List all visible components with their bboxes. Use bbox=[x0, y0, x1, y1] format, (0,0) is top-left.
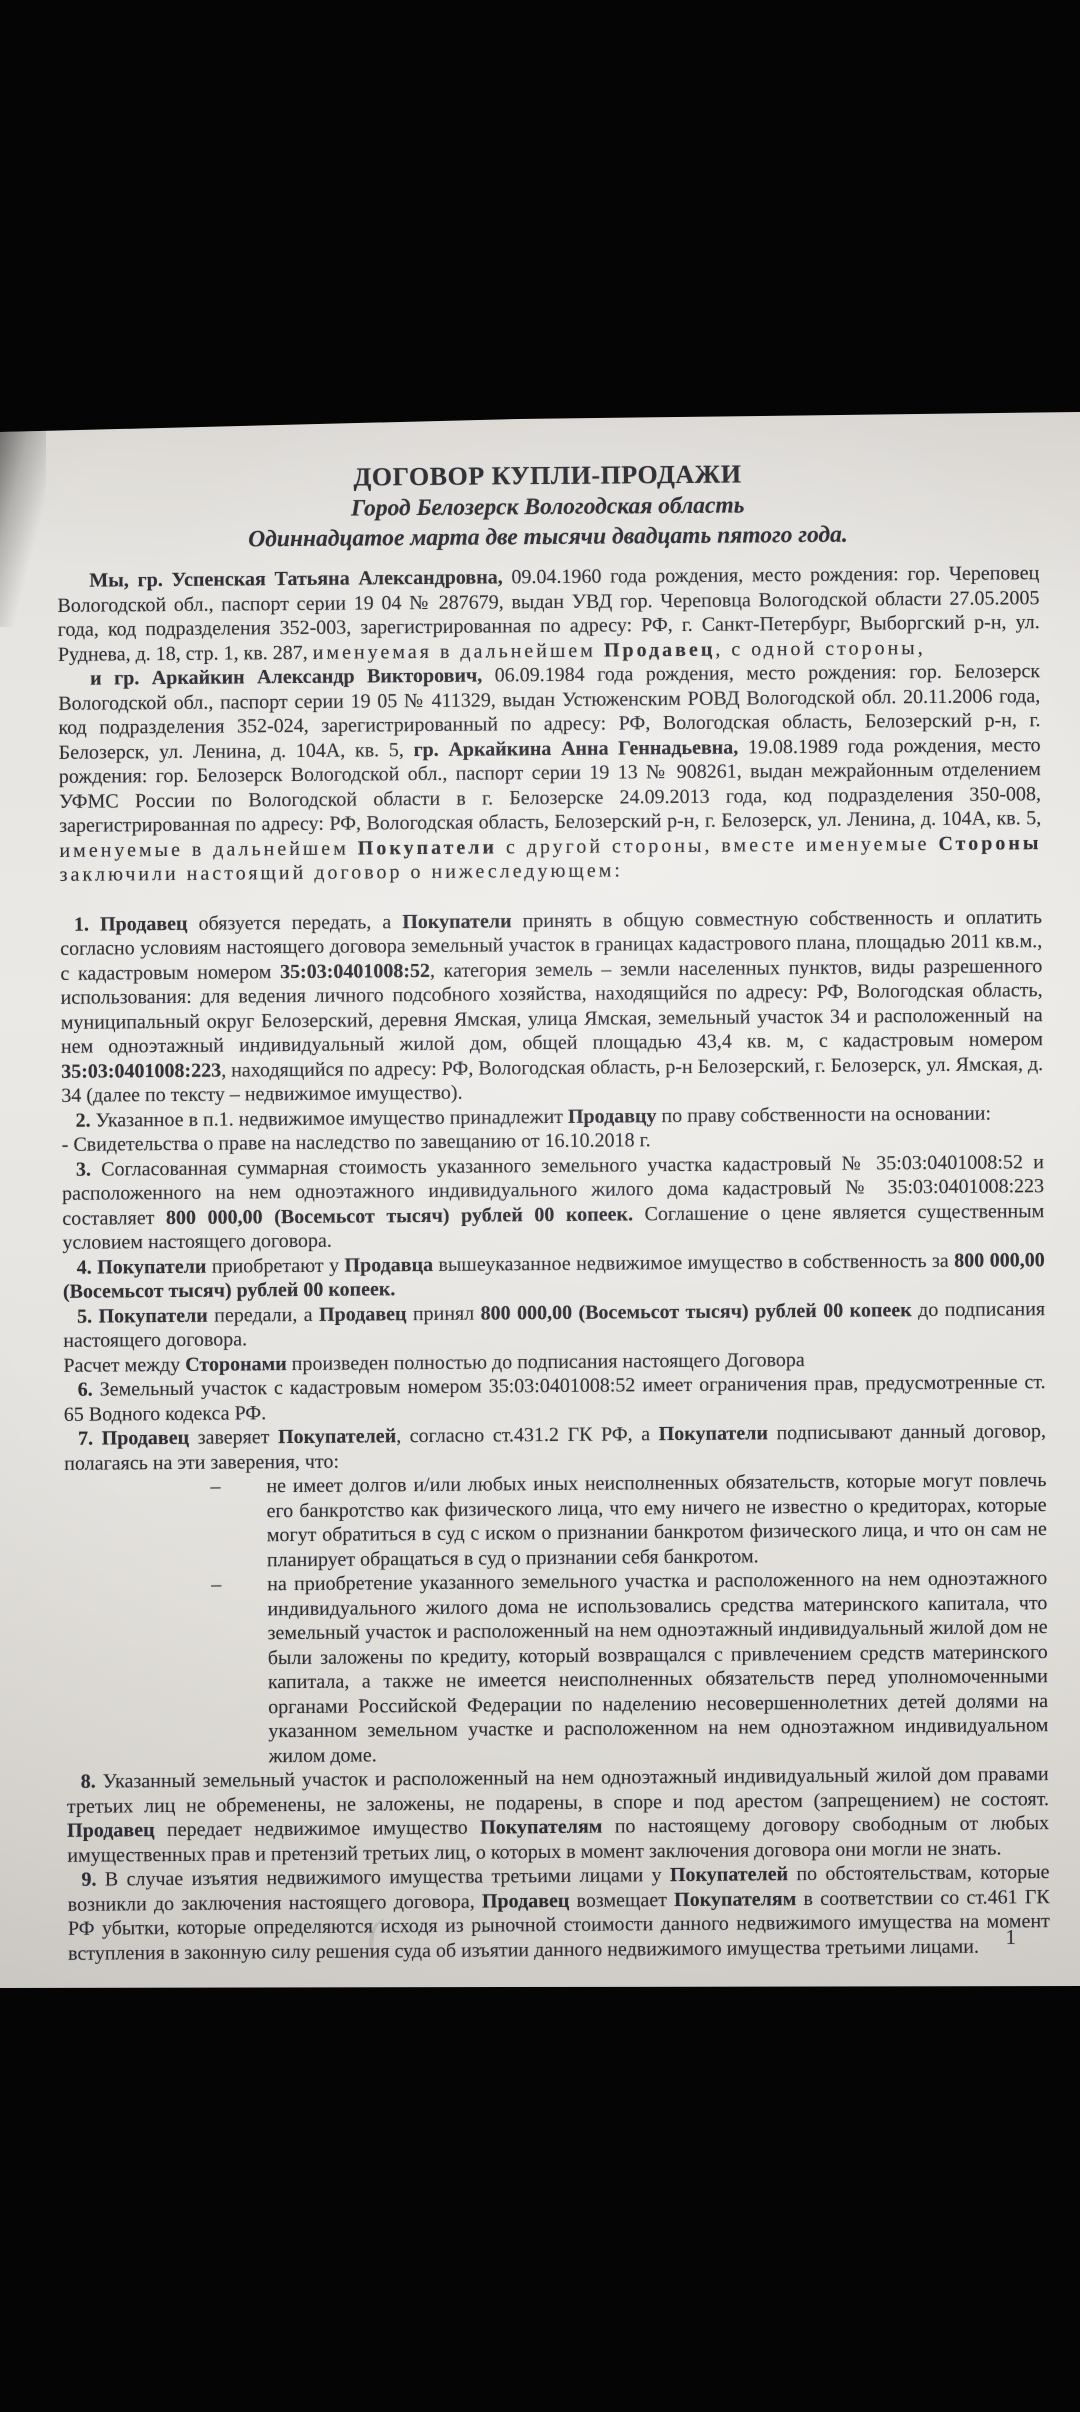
document-content: ДОГОВОР КУПЛИ-ПРОДАЖИ Город Белозерск Во… bbox=[56, 408, 1050, 1966]
text-run: - Свидетельства о праве на наследство по… bbox=[62, 1129, 651, 1156]
text-run: и гр. Аркайкин Александр Викторович, bbox=[90, 665, 482, 690]
bullet-text: на приобретение указанного земельного уч… bbox=[267, 1566, 1049, 1768]
text-run: 8. bbox=[81, 1771, 96, 1793]
paragraph-10: 6. Земельный участок с кадастровым номер… bbox=[64, 1370, 1046, 1427]
text-run: принял bbox=[406, 1302, 480, 1325]
text-run: Указанное в п.1. недвижимое имущество пр… bbox=[90, 1105, 568, 1131]
text-run: 800 000,00 (Восемьсот тысяч) рублей 00 к… bbox=[166, 1203, 633, 1229]
paragraph-2: и гр. Аркайкин Александр Викторович, 06.… bbox=[58, 659, 1042, 887]
text-run: , с одной стороны, bbox=[715, 637, 926, 661]
paragraph-12: –не имеет долгов и/или любых иных неиспо… bbox=[64, 1468, 1047, 1574]
text-run: 9. bbox=[81, 1869, 96, 1891]
text-run: 3. bbox=[76, 1158, 91, 1180]
text-run: Покупателям bbox=[674, 1888, 796, 1911]
text-run: 35:03:0401008:223 bbox=[61, 1059, 221, 1082]
text-run: 5. Покупатели bbox=[77, 1304, 208, 1327]
text-run: Мы, гр. Успенская Татьяна Александровна, bbox=[89, 566, 503, 591]
paragraph-13: –на приобретение указанного земельного у… bbox=[65, 1566, 1049, 1770]
paragraph-3: 1. Продавец обязуется передать, а Покупа… bbox=[60, 905, 1044, 1109]
text-run: 2. bbox=[75, 1109, 90, 1131]
text-run: В случае изъятия недвижимого имущества т… bbox=[96, 1864, 670, 1891]
text-run: Сторонами bbox=[185, 1353, 287, 1376]
text-run: вышеуказанное недвижимое имущество в соб… bbox=[433, 1249, 954, 1275]
page-number: 1 bbox=[1006, 1925, 1017, 1950]
text-run: Стороны bbox=[938, 832, 1041, 855]
text-run: Указанный земельный участок и расположен… bbox=[67, 1763, 1054, 1817]
text-run: произведен полностью до подписания насто… bbox=[287, 1349, 805, 1375]
paragraph-11: 7. Продавец заверяет Покупателей, соглас… bbox=[64, 1419, 1046, 1476]
document-page: ДОГОВОР КУПЛИ-ПРОДАЖИ Город Белозерск Во… bbox=[0, 412, 1080, 1988]
text-run: 7. Продавец bbox=[78, 1427, 189, 1450]
text-run: на приобретение указанного земельного уч… bbox=[267, 1567, 1053, 1767]
text-run: Покупателей bbox=[278, 1425, 396, 1448]
text-run: Продавец bbox=[604, 638, 716, 661]
bullet-text: не имеет долгов и/или любых иных неиспол… bbox=[266, 1468, 1047, 1572]
text-run: Покупатели bbox=[402, 910, 511, 933]
text-run: Покупатели bbox=[358, 836, 497, 859]
paragraph-8: 5. Покупатели передали, а Продавец приня… bbox=[63, 1297, 1045, 1354]
bullet-dash-icon: – bbox=[210, 1474, 267, 1572]
text-run: гр. Аркайкина Анна Геннадьевна, bbox=[413, 736, 738, 761]
text-run: Продавца bbox=[344, 1253, 433, 1276]
text-run: не имеет долгов и/или любых иных неиспол… bbox=[266, 1469, 1052, 1571]
text-run: 4. Покупатели bbox=[77, 1255, 207, 1278]
text-run: заверяет bbox=[189, 1426, 278, 1449]
text-run: 6. bbox=[78, 1379, 93, 1401]
text-run: Продавцу bbox=[568, 1105, 657, 1128]
document-body: Мы, гр. Успенская Татьяна Александровна,… bbox=[57, 561, 1050, 1966]
bullet-dash-icon: – bbox=[211, 1572, 269, 1768]
text-run: передали, а bbox=[208, 1303, 319, 1326]
text-run: , согласно ст.431.2 ГК РФ, а bbox=[396, 1423, 659, 1447]
text-run: возмещает bbox=[569, 1889, 674, 1912]
paragraph-1: Мы, гр. Успенская Татьяна Александровна,… bbox=[57, 561, 1040, 667]
text-run: 1. Продавец bbox=[74, 912, 188, 935]
text-run: 800 000,00 (Восемьсот тысяч) рублей 00 к… bbox=[481, 1299, 912, 1324]
text-run: 35:03:0401008:52 bbox=[280, 959, 430, 982]
text-run: Продавец bbox=[319, 1303, 407, 1326]
text-run: Покупателей bbox=[670, 1863, 788, 1886]
paragraph-14: 8. Указанный земельный участок и располо… bbox=[67, 1762, 1050, 1868]
text-run: обязуется передать, а bbox=[187, 911, 402, 935]
text-run: с другой стороны, вместе именуемые bbox=[497, 832, 939, 857]
text-run: Покупателям bbox=[480, 1816, 602, 1839]
text-run: передает недвижимое имущество bbox=[154, 1817, 480, 1842]
text-run: по праву собственности на основании: bbox=[656, 1102, 991, 1127]
text-run: приобретают у bbox=[206, 1254, 344, 1277]
text-run: Продавец bbox=[67, 1819, 155, 1842]
text-run: Покупатели bbox=[659, 1422, 768, 1445]
text-run: Земельный участок с кадастровым номером … bbox=[64, 1371, 1051, 1425]
text-run: именуемая в дальнейшем bbox=[313, 639, 604, 663]
text-run: именуемые в дальнейшем bbox=[59, 837, 357, 861]
paragraph-6: 3. Согласованная суммарная стоимость ука… bbox=[62, 1150, 1045, 1256]
text-run: Расчет между bbox=[63, 1353, 185, 1376]
text-run: Продавец bbox=[482, 1889, 570, 1912]
paragraph-7: 4. Покупатели приобретают у Продавца выш… bbox=[63, 1248, 1045, 1305]
document-date-line: Одиннадцатое марта две тысячи двадцать п… bbox=[57, 518, 1039, 556]
paragraph-15: 9. В случае изъятия недвижимого имуществ… bbox=[67, 1860, 1050, 1966]
